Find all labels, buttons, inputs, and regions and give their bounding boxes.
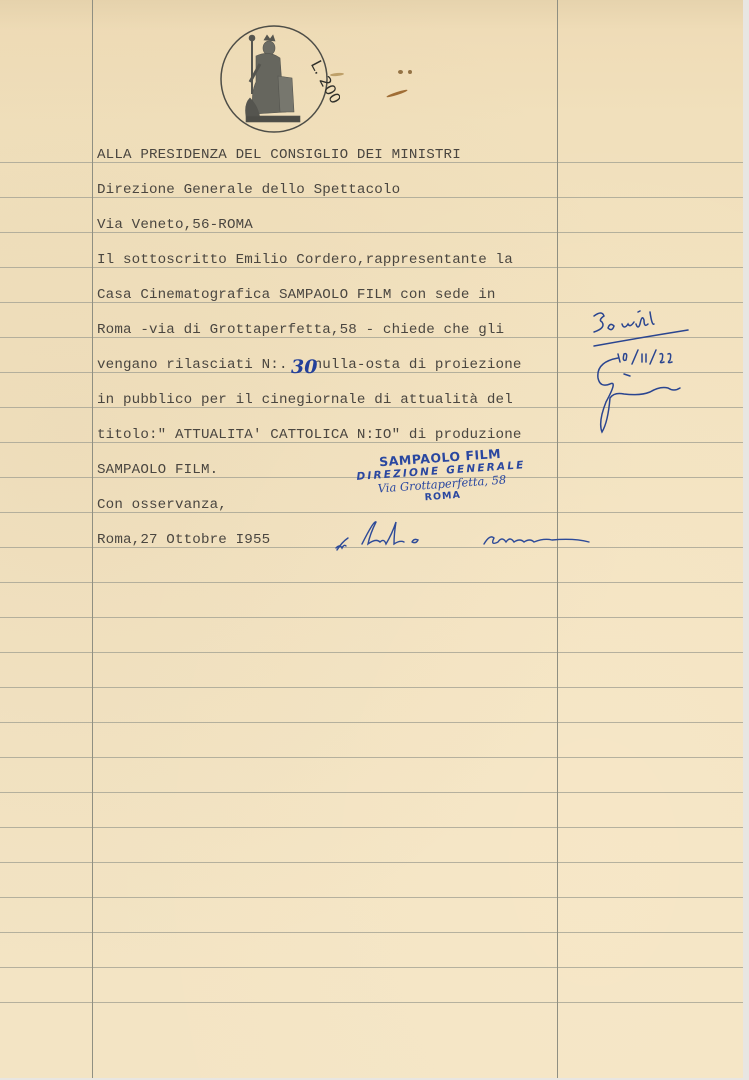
rule-line xyxy=(0,1002,743,1003)
body-line: Roma -via di Grottaperfetta,58 - chiede … xyxy=(97,322,504,338)
revenue-stamp: L. 200 xyxy=(220,24,320,132)
addressee-address: Via Veneto,56-ROMA xyxy=(97,217,253,233)
rule-line xyxy=(0,792,743,793)
rule-line xyxy=(0,827,743,828)
rule-line xyxy=(0,722,743,723)
handwritten-quantity: 30 xyxy=(291,356,317,378)
body-line: SAMPAOLO FILM. xyxy=(97,462,218,478)
closing-line: Con osservanza, xyxy=(97,497,227,513)
left-margin-line xyxy=(92,0,93,1078)
handwritten-signature-icon xyxy=(334,514,599,554)
rule-line xyxy=(0,897,743,898)
signature xyxy=(334,514,599,554)
ink-stain xyxy=(398,70,403,74)
rule-line xyxy=(0,617,743,618)
ink-stain xyxy=(408,70,412,74)
date-line: Roma,27 Ottobre I955 xyxy=(97,532,270,548)
ink-stain xyxy=(386,89,408,99)
body-line: in pubblico per il cinegiornale di attua… xyxy=(97,392,513,408)
rule-line xyxy=(0,652,743,653)
addressee-department: Direzione Generale dello Spettacolo xyxy=(97,182,400,198)
rule-line xyxy=(0,757,743,758)
rule-line xyxy=(0,582,743,583)
ruled-paper-sheet: L. 200 ALLA PRESIDENZA DEL CONSIGLIO DEI… xyxy=(0,0,743,1078)
handwritten-margin-note-icon xyxy=(588,302,698,442)
body-line: Casa Cinematografica SAMPAOLO FILM con s… xyxy=(97,287,496,303)
rule-line xyxy=(0,967,743,968)
addressee-line: ALLA PRESIDENZA DEL CONSIGLIO DEI MINIST… xyxy=(97,147,461,163)
body-line: titolo:" ATTUALITA' CATTOLICA N:IO" di p… xyxy=(97,427,522,443)
italia-seated-figure-icon: L. 200 xyxy=(220,24,340,136)
margin-annotation xyxy=(588,302,698,442)
body-line: Il sottoscritto Emilio Cordero,rappresen… xyxy=(97,252,513,268)
rule-line xyxy=(0,862,743,863)
rule-line xyxy=(0,687,743,688)
rule-line xyxy=(0,932,743,933)
